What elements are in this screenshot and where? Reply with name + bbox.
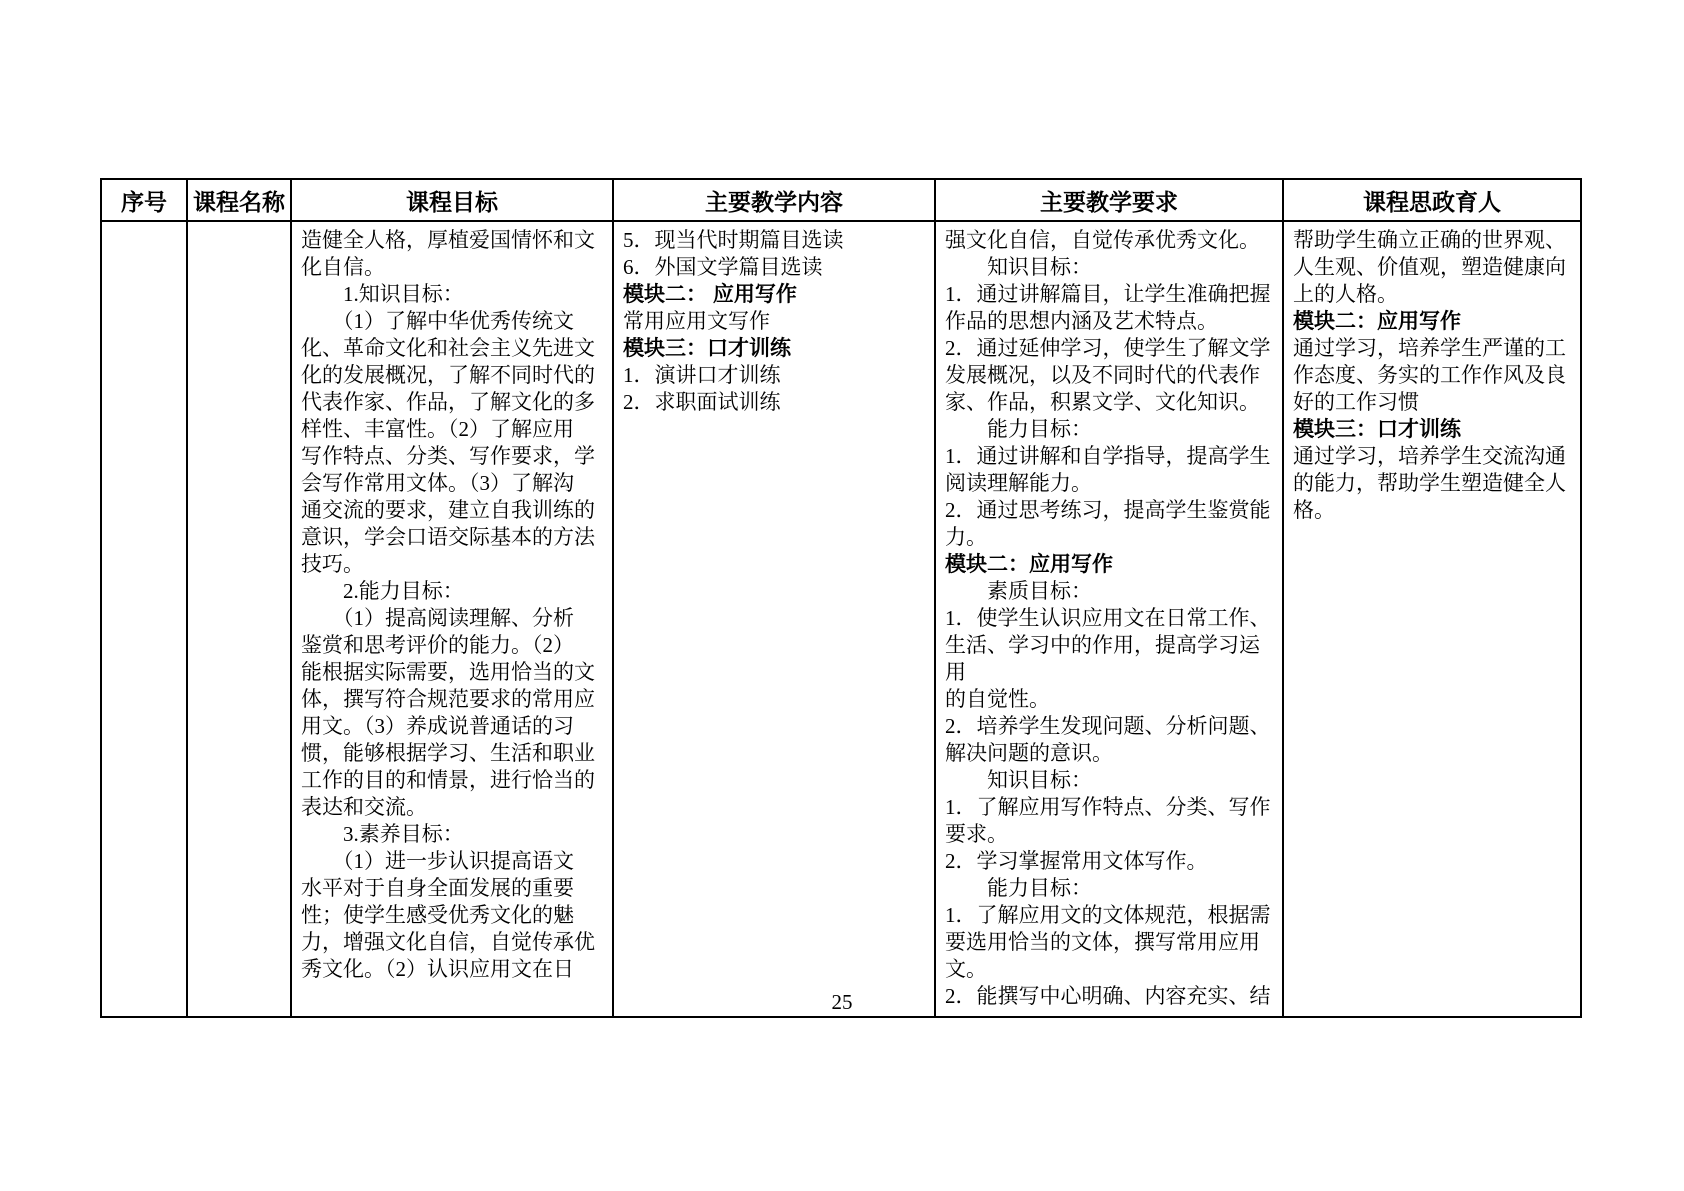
text-line: 常用应用文写作: [623, 308, 928, 335]
column-header-serial-number: 序号: [101, 179, 187, 221]
text-line: 化的发展概况，了解不同时代的: [301, 362, 606, 389]
text-line: 代表作家、作品，了解文化的多: [301, 389, 606, 416]
column-header-teaching-requirements: 主要教学要求: [935, 179, 1283, 221]
text-line: 会写作常用文体。（3）了解沟: [301, 470, 606, 497]
text-line: 1．通过讲解和自学指导，提高学生: [945, 443, 1276, 470]
text-line: 用文。（3）养成说普通话的习: [301, 713, 606, 740]
text-line: 上的人格。: [1293, 281, 1574, 308]
text-line: 力，增强文化自信，自觉传承优: [301, 929, 606, 956]
text-line: 模块三：口才训练: [1293, 416, 1574, 443]
text-line: 写作特点、分类、写作要求，学: [301, 443, 606, 470]
text-line: 的能力，帮助学生塑造健全人: [1293, 470, 1574, 497]
text-line: 技巧。: [301, 551, 606, 578]
text-line: 2．求职面试训练: [623, 389, 928, 416]
text-line: 人生观、价值观，塑造健康向: [1293, 254, 1574, 281]
text-line: 家、作品，积累文学、文化知识。: [945, 389, 1276, 416]
text-line: 通过学习，培养学生交流沟通: [1293, 443, 1574, 470]
text-line: 3.素养目标：: [301, 821, 606, 848]
text-line: 6．外国文学篇目选读: [623, 254, 928, 281]
text-line: 通交流的要求，建立自我训练的: [301, 497, 606, 524]
curriculum-table: 序号 课程名称 课程目标 主要教学内容 主要教学要求 课程思政育人 造健全人格，…: [100, 178, 1582, 1018]
column-header-course-name: 课程名称: [187, 179, 291, 221]
text-line: 化自信。: [301, 254, 606, 281]
text-line: （1）了解中华优秀传统文: [301, 308, 606, 335]
text-line: 作品的思想内涵及艺术特点。: [945, 308, 1276, 335]
text-line: 模块二：应用写作: [1293, 308, 1574, 335]
document-page: 序号 课程名称 课程目标 主要教学内容 主要教学要求 课程思政育人 造健全人格，…: [0, 0, 1684, 1191]
text-line: 能根据实际需要，选用恰当的文: [301, 659, 606, 686]
text-line: 帮助学生确立正确的世界观、: [1293, 227, 1574, 254]
text-line: 作态度、务实的工作作风及良: [1293, 362, 1574, 389]
text-line: （1）提高阅读理解、分析: [301, 605, 606, 632]
text-line: 模块二：应用写作: [945, 551, 1276, 578]
text-line: 要选用恰当的文体，撰写常用应用: [945, 929, 1276, 956]
text-line: 文。: [945, 956, 1276, 983]
text-line: 的自觉性。: [945, 686, 1276, 713]
text-line: 模块二： 应用写作: [623, 281, 928, 308]
text-line: 造健全人格，厚植爱国情怀和文: [301, 227, 606, 254]
text-line: 2．学习掌握常用文体写作。: [945, 848, 1276, 875]
cell-course-name: [187, 221, 291, 1017]
cell-ideological-education: 帮助学生确立正确的世界观、人生观、价值观，塑造健康向上的人格。模块二：应用写作通…: [1283, 221, 1581, 1017]
text-line: 能力目标：: [945, 875, 1276, 902]
text-line: 意识，学会口语交际基本的方法: [301, 524, 606, 551]
column-header-course-objectives: 课程目标: [291, 179, 613, 221]
text-line: 能力目标：: [945, 416, 1276, 443]
text-line: 1.知识目标：: [301, 281, 606, 308]
text-line: 解决问题的意识。: [945, 740, 1276, 767]
text-line: 1．通过讲解篇目，让学生准确把握: [945, 281, 1276, 308]
text-line: 模块三：口才训练: [623, 335, 928, 362]
text-line: 要求。: [945, 821, 1276, 848]
page-number: 25: [0, 990, 1684, 1015]
text-line: 惯，能够根据学习、生活和职业: [301, 740, 606, 767]
text-line: 鉴赏和思考评价的能力。（2）: [301, 632, 606, 659]
text-line: 秀文化。（2）认识应用文在日: [301, 956, 606, 983]
text-line: 工作的目的和情景，进行恰当的: [301, 767, 606, 794]
text-line: 1．了解应用文的文体规范，根据需: [945, 902, 1276, 929]
text-line: 1．了解应用写作特点、分类、写作: [945, 794, 1276, 821]
text-line: 素质目标：: [945, 578, 1276, 605]
text-line: 知识目标：: [945, 254, 1276, 281]
column-header-ideological-education: 课程思政育人: [1283, 179, 1581, 221]
table-row: 造健全人格，厚植爱国情怀和文化自信。 1.知识目标： （1）了解中华优秀传统文化…: [101, 221, 1581, 1017]
text-line: 好的工作习惯: [1293, 389, 1574, 416]
text-line: 通过学习，培养学生严谨的工: [1293, 335, 1574, 362]
text-line: 2.能力目标：: [301, 578, 606, 605]
text-line: 5．现当代时期篇目选读: [623, 227, 928, 254]
text-line: 格。: [1293, 497, 1574, 524]
table-header-row: 序号 课程名称 课程目标 主要教学内容 主要教学要求 课程思政育人: [101, 179, 1581, 221]
text-line: 生活、学习中的作用，提高学习运用: [945, 632, 1276, 686]
text-line: 发展概况，以及不同时代的代表作: [945, 362, 1276, 389]
text-line: 阅读理解能力。: [945, 470, 1276, 497]
cell-teaching-content: 5．现当代时期篇目选读6．外国文学篇目选读模块二： 应用写作常用应用文写作模块三…: [613, 221, 935, 1017]
cell-course-objectives: 造健全人格，厚植爱国情怀和文化自信。 1.知识目标： （1）了解中华优秀传统文化…: [291, 221, 613, 1017]
text-line: 2．通过延伸学习，使学生了解文学: [945, 335, 1276, 362]
text-line: 2．培养学生发现问题、分析问题、: [945, 713, 1276, 740]
text-line: 知识目标：: [945, 767, 1276, 794]
text-line: 水平对于自身全面发展的重要: [301, 875, 606, 902]
cell-teaching-requirements: 强文化自信，自觉传承优秀文化。 知识目标：1．通过讲解篇目，让学生准确把握作品的…: [935, 221, 1283, 1017]
text-line: 强文化自信，自觉传承优秀文化。: [945, 227, 1276, 254]
cell-serial-number: [101, 221, 187, 1017]
text-line: （1）进一步认识提高语文: [301, 848, 606, 875]
text-line: 1．使学生认识应用文在日常工作、: [945, 605, 1276, 632]
text-line: 2．通过思考练习，提高学生鉴赏能: [945, 497, 1276, 524]
text-line: 化、革命文化和社会主义先进文: [301, 335, 606, 362]
text-line: 1．演讲口才训练: [623, 362, 928, 389]
text-line: 体，撰写符合规范要求的常用应: [301, 686, 606, 713]
text-line: 性；使学生感受优秀文化的魅: [301, 902, 606, 929]
column-header-teaching-content: 主要教学内容: [613, 179, 935, 221]
text-line: 力。: [945, 524, 1276, 551]
text-line: 表达和交流。: [301, 794, 606, 821]
text-line: 样性、丰富性。（2）了解应用: [301, 416, 606, 443]
